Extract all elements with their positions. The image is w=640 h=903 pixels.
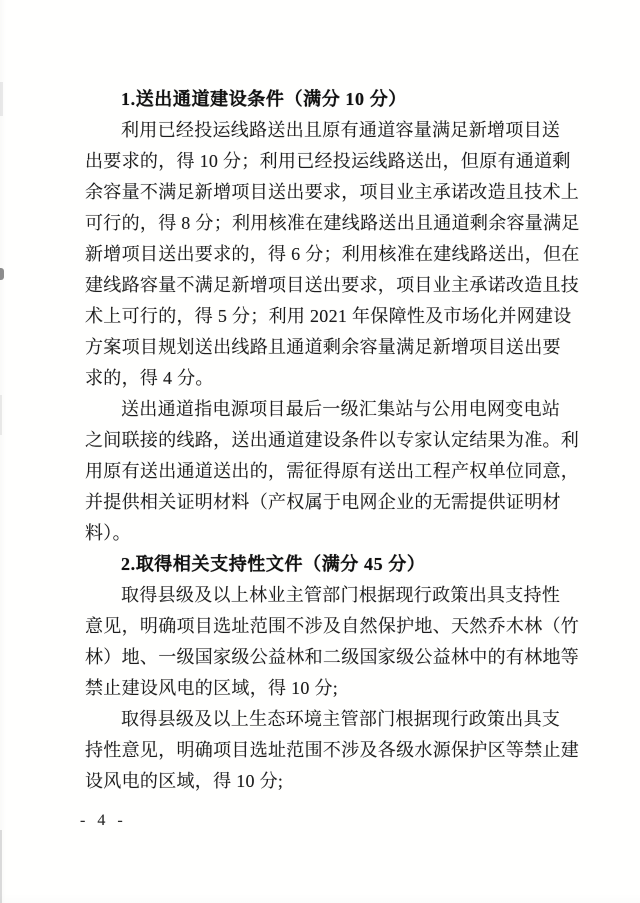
scanned-document-page: 1.送出通道建设条件（满分 10 分）利用已经投运线路送出且原有通道容量满足新增…: [0, 0, 640, 903]
section-2-heading: 2.取得相关支持性文件（满分 45 分）: [85, 549, 557, 580]
section-1-paragraph-2-line: 料）。: [85, 518, 557, 549]
section-2-paragraph-1-line: 取得县级及以上林业主管部门根据现行政策出具支持性: [85, 580, 557, 611]
section-1-paragraph-1-line: 余容量不满足新增项目送出要求，项目业主承诺改造且技术上: [85, 177, 557, 208]
section-1-paragraph-1-line: 术上可行的，得 5 分；利用 2021 年保障性及市场化并网建设: [85, 301, 557, 332]
section-2-paragraph-1-line: 林）地、一级国家级公益林和二级国家级公益林中的有林地等: [85, 642, 557, 673]
section-1-paragraph-1-line: 可行的，得 8 分；利用核准在建线路送出且通道剩余容量满足: [85, 208, 557, 239]
section-1-paragraph-1-line: 方案项目规划送出线路且通道剩余容量满足新增项目送出要: [85, 332, 557, 363]
scan-artifact: [0, 268, 4, 280]
section-2-paragraph-2-line: 取得县级及以上生态环境主管部门根据现行政策出具支: [85, 704, 557, 735]
section-1-paragraph-2-line: 并提供相关证明材料（产权属于电网企业的无需提供证明材: [85, 487, 557, 518]
section-2-paragraph-1-line: 意见，明确项目选址范围不涉及自然保护地、天然乔木林（竹: [85, 611, 557, 642]
document-body: 1.送出通道建设条件（满分 10 分）利用已经投运线路送出且原有通道容量满足新增…: [85, 84, 557, 797]
page-number: - 4 -: [80, 811, 127, 831]
scan-artifact: [0, 395, 2, 435]
section-1-paragraph-2-line: 送出通道指电源项目最后一级汇集站与公用电网变电站: [85, 394, 557, 425]
section-1-paragraph-1-line: 出要求的，得 10 分；利用已经投运线路送出，但原有通道剩: [85, 146, 557, 177]
section-2-paragraph-1-line: 禁止建设风电的区域，得 10 分;: [85, 673, 557, 704]
section-1-paragraph-2-line: 用原有送出通道送出的，需征得原有送出工程产权单位同意，: [85, 456, 557, 487]
scan-artifact: [0, 830, 2, 903]
section-1-paragraph-1-line: 新增项目送出要求的，得 6 分；利用核准在建线路送出，但在: [85, 239, 557, 270]
section-1-paragraph-2-line: 之间联接的线路，送出通道建设条件以专家认定结果为准。利: [85, 425, 557, 456]
section-1-paragraph-1-line: 求的，得 4 分。: [85, 363, 557, 394]
section-1-paragraph-1-line: 建线路容量不满足新增项目送出要求，项目业主承诺改造且技: [85, 270, 557, 301]
section-2-paragraph-2-line: 设风电的区域，得 10 分;: [85, 766, 557, 797]
section-1-paragraph-1-line: 利用已经投运线路送出且原有通道容量满足新增项目送: [85, 115, 557, 146]
section-1-heading: 1.送出通道建设条件（满分 10 分）: [85, 84, 557, 115]
scan-artifact: [0, 82, 3, 116]
section-2-paragraph-2-line: 持性意见，明确项目选址范围不涉及各级水源保护区等禁止建: [85, 735, 557, 766]
